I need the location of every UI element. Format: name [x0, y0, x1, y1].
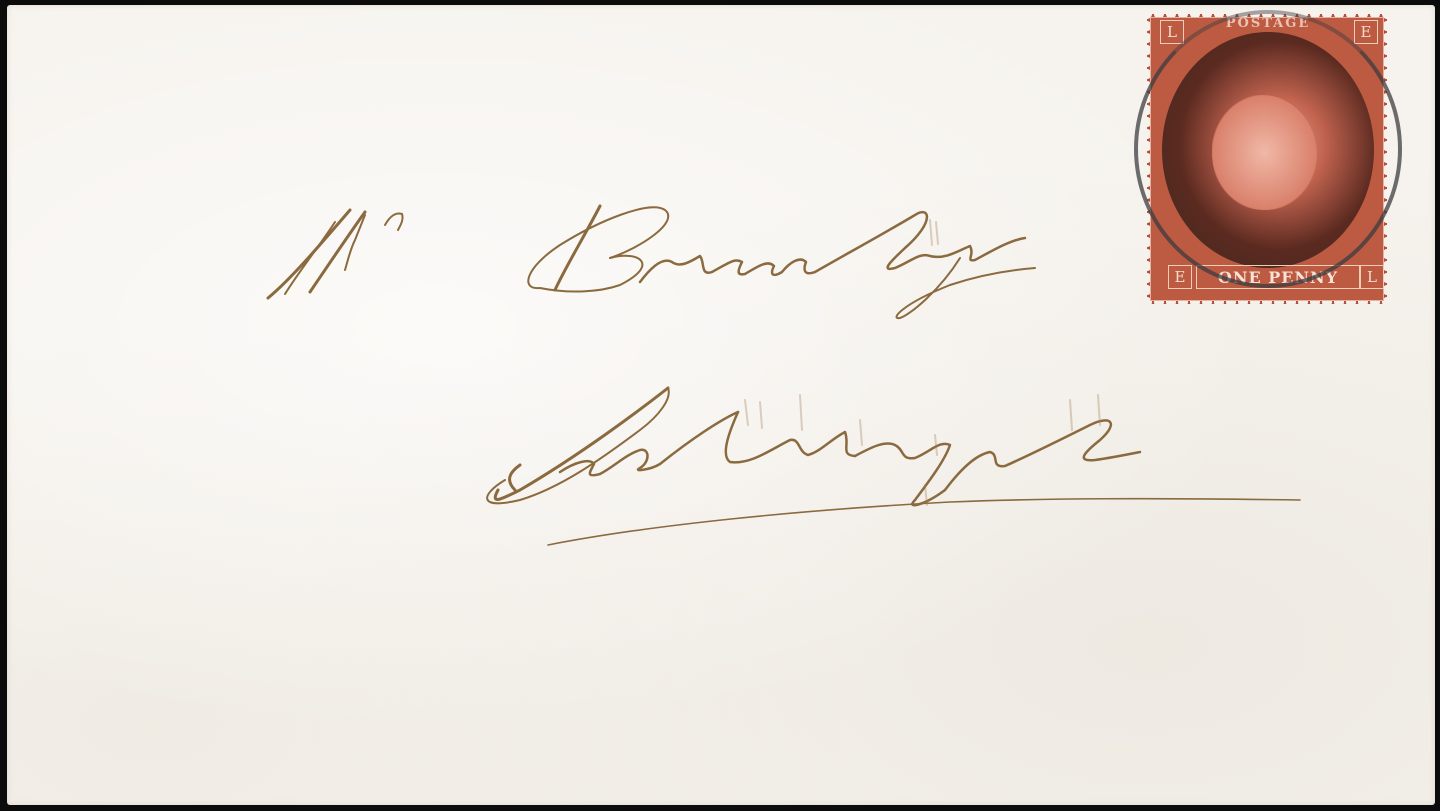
handwriting-sedbergh — [487, 388, 1300, 545]
handwriting-mr — [268, 210, 403, 298]
handwriting-bramley — [528, 206, 1035, 318]
handwriting — [0, 0, 1440, 811]
